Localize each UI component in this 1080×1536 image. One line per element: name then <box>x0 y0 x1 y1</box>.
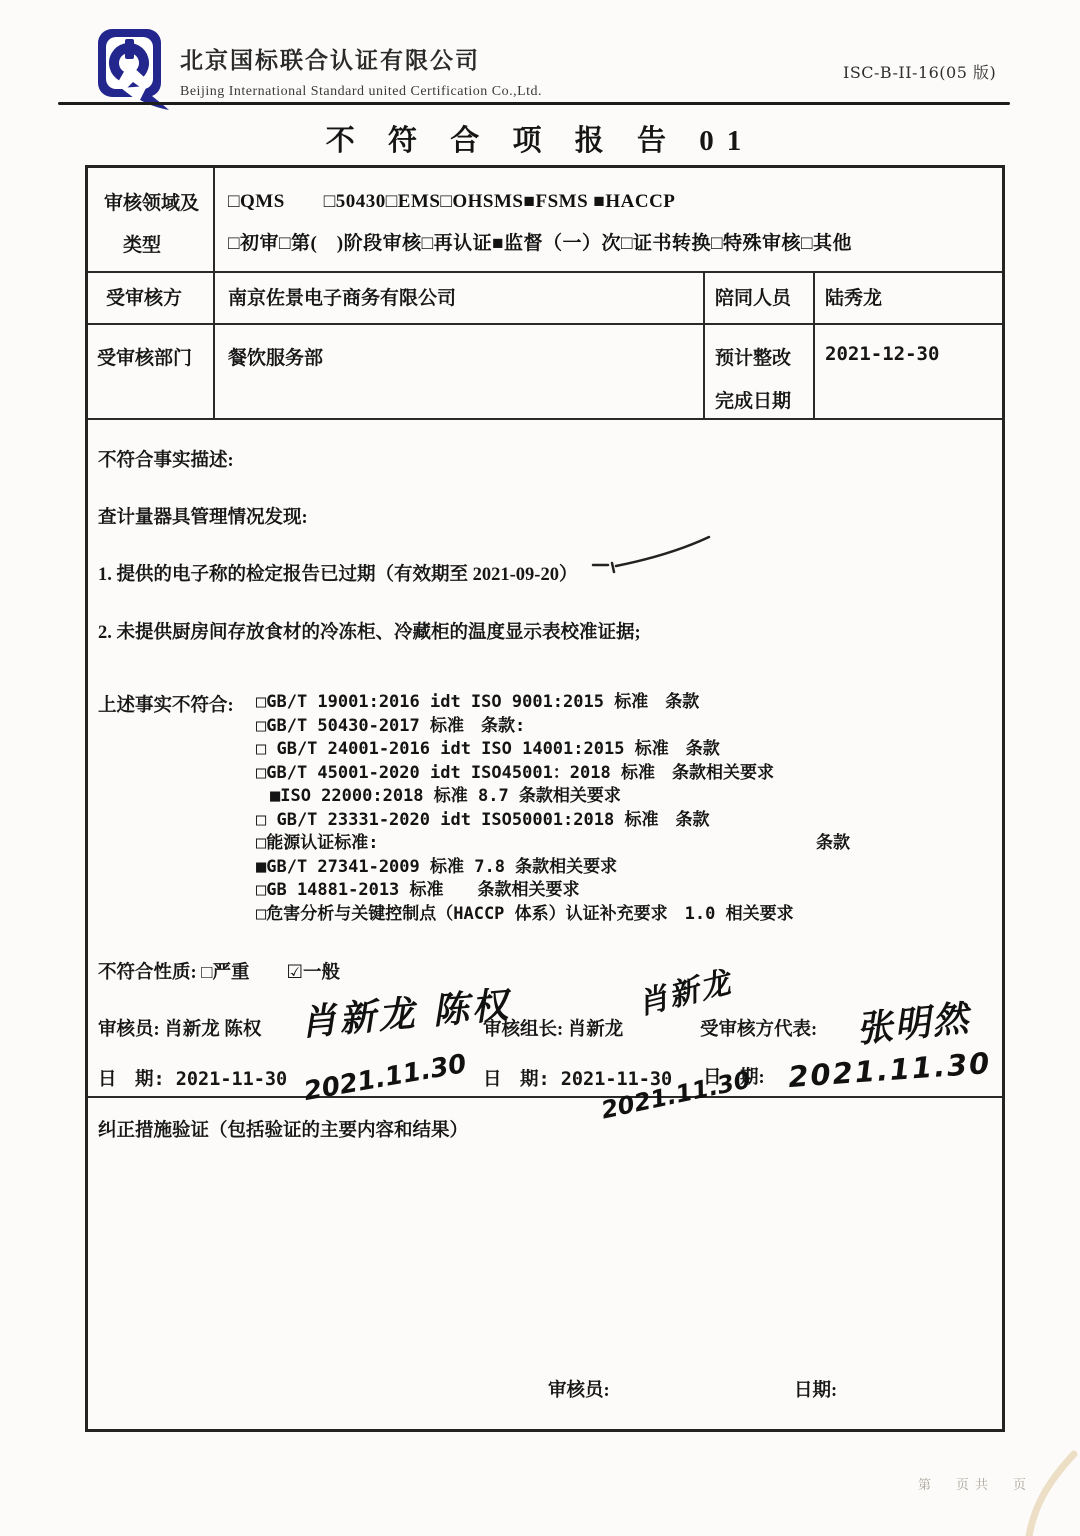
accompany-label: 陪同人员 <box>715 283 791 310</box>
company-name-cn: 北京国标联合认证有限公司 <box>180 42 480 75</box>
report-form-table: 审核领域及 类型 □QMS □50430□EMS□OHSMS■FSMS ■HAC… <box>85 165 1005 1432</box>
column-divider <box>213 168 215 418</box>
handwritten-date-1: 2021.11.30 <box>302 1049 469 1107</box>
department-value: 餐饮服务部 <box>228 343 323 370</box>
department-label: 受审核部门 <box>97 343 192 370</box>
type-checkbox-line: □初审□第( )阶段审核□再认证■监督（一）次□证书转换□特殊审核□其他 <box>228 228 852 255</box>
verification-date-label: 日期: <box>794 1376 837 1402</box>
standard-item-energy: □能源认证标准: 条款 <box>256 832 794 856</box>
handwritten-auditor-signature: 肖新龙 陈权 <box>298 977 512 1046</box>
row-divider <box>88 323 1002 325</box>
scope-checkbox-line: □QMS □50430□EMS□OHSMS■FSMS ■HACCP <box>228 186 675 213</box>
column-divider <box>703 271 705 418</box>
description-intro: 查计量器具管理情况发现: <box>98 503 308 529</box>
row-divider <box>88 418 1002 420</box>
deadline-value: 2021-12-30 <box>825 343 939 365</box>
standard-item: □ GB/T 24001-2016 idt ISO 14001:2015 标准 … <box>256 738 794 762</box>
standard-item: □GB/T 19001:2016 idt ISO 9001:2015 标准 条款 <box>256 691 794 715</box>
document-code: ISC-B-II-16(05 版) <box>843 60 996 83</box>
deadline-label-line1: 预计整改 <box>715 343 791 370</box>
column-divider <box>813 271 815 418</box>
handwritten-leader-signature: 肖新龙 <box>632 957 736 1023</box>
verification-auditor-label: 审核员: <box>548 1376 610 1402</box>
scan-corner-artifact <box>1002 1446 1080 1536</box>
company-name-en: Beijing International Standard united Ce… <box>180 84 542 100</box>
auditor-signature-label: 审核员: 肖新龙 陈权 <box>98 1015 261 1041</box>
scope-type-label-line1: 审核领域及 <box>104 188 199 215</box>
auditor-date: 日 期: 2021-11-30 <box>98 1065 287 1091</box>
standard-item-checked: ■ISO 22000:2018 标准 8.7 条款相关要求 <box>256 785 794 809</box>
description-item-2: 2. 未提供厨房间存放食材的冷冻柜、冷藏柜的温度显示表校准证据; <box>98 618 641 644</box>
row-divider <box>88 1096 1002 1098</box>
nature-line: 不符合性质: □严重 ☑一般 <box>98 958 340 984</box>
page-title: 不 符 合 项 报 告 01 <box>0 118 1080 159</box>
standards-label: 上述事实不符合: <box>98 691 234 717</box>
scope-type-label-line2: 类型 <box>123 230 161 257</box>
standard-item-energy-text: □能源认证标准: <box>256 833 378 853</box>
standard-item-energy-clause: 条款 <box>816 832 850 856</box>
handwritten-swoosh-mark <box>591 533 713 582</box>
standard-item-checked: ■GB/T 27341-2009 标准 7.8 条款相关要求 <box>256 856 794 880</box>
standards-list: □GB/T 19001:2016 idt ISO 9001:2015 标准 条款… <box>256 691 794 926</box>
description-heading: 不符合事实描述: <box>98 446 234 472</box>
representative-signature-label: 受审核方代表: <box>700 1015 817 1041</box>
description-item-1: 1. 提供的电子称的检定报告已过期（有效期至 2021-09-20） <box>98 560 577 586</box>
handwritten-date-3: 2021.11.30 <box>787 1046 992 1094</box>
deadline-label-line2: 完成日期 <box>715 386 791 413</box>
standard-item: □GB 14881-2013 标准 条款相关要求 <box>256 879 794 903</box>
verification-heading: 纠正措施验证（包括验证的主要内容和结果） <box>98 1116 468 1142</box>
header-divider <box>58 102 1010 105</box>
auditee-value: 南京佐景电子商务有限公司 <box>228 283 456 310</box>
standard-item: □GB/T 50430-2017 标准 条款: <box>256 715 794 739</box>
auditee-label: 受审核方 <box>106 283 182 310</box>
standard-item: □GB/T 45001-2020 idt ISO45001：2018 标准 条款… <box>256 762 794 786</box>
standard-item: □ GB/T 23331-2020 idt ISO50001:2018 标准 条… <box>256 809 794 833</box>
accompany-value: 陆秀龙 <box>825 283 882 310</box>
handwritten-representative-signature: 张明然 <box>854 990 973 1053</box>
standard-item: □危害分析与关键控制点（HACCP 体系）认证补充要求 1.0 相关要求 <box>256 903 794 927</box>
row-divider <box>88 271 1002 273</box>
